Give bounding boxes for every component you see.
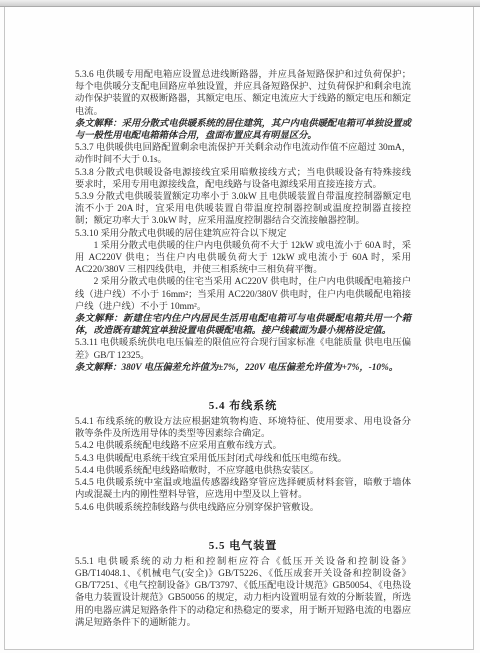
sub-item-paragraph: 2 采用分散式电供暖的住宅当采用 AC220V 供电时，住户内电供暖配电箱接户线…	[75, 276, 411, 313]
body-paragraph: 5.5.1 电供暖系统的动力柜和控制柜应符合《低压开关设备和控制设备》GB/T1…	[75, 556, 411, 629]
body-paragraph: 5.3.8 分散式电供暖设备电源接线宜采用暗敷接线方式；当电供暖设备有特殊接线要…	[75, 167, 411, 191]
body-paragraph: 5.4.5 电供暖系统中室温或地温传感器线路穿管应选择硬质材料套管，暗敷于墙体内…	[75, 477, 411, 501]
body-paragraph: 5.3.11 电供暖系统供电电压偏差的限值应符合现行国家标准《电能质量 供电电压…	[75, 337, 411, 361]
document-content: 5.3.6 电供暖专用配电箱应设置总进线断路器，并应具备短路保护和过负荷保护；每…	[75, 69, 411, 629]
commentary-paragraph: 条文解释：380V 电压偏差允许值为±7%，220V 电压偏差允许值为+7%，-…	[75, 362, 411, 374]
body-paragraph: 5.4.2 电供暖系统配电线路不应采用直敷布线方式。	[75, 440, 411, 452]
body-paragraph: 5.3.7 电供暖供电回路配置剩余电流保护开关剩余动作电流动作值不应超过 30m…	[75, 142, 411, 166]
body-paragraph: 5.3.9 分散式电供暖装置额定功率小于 3.0kW 且电供暖装置自带温度控制器…	[75, 191, 411, 228]
section-heading: 5.4 布线系统	[75, 399, 411, 413]
body-paragraph: 5.4.1 布线系统的敷设方法应根据建筑物构造、环境特征、使用要求、用电设备分散…	[75, 416, 411, 440]
document-viewer: 5.3.6 电供暖专用配电箱应设置总进线断路器，并应具备短路保护和过负荷保护；每…	[0, 0, 480, 653]
body-paragraph: 5.3.10 采用分散式电供暖的居住建筑应符合以下规定	[75, 228, 411, 240]
body-paragraph: 5.4.4 电供暖系统配电线路暗敷时，不应穿越电供热安装区。	[75, 465, 411, 477]
document-page: 5.3.6 电供暖专用配电箱应设置总进线断路器，并应具备短路保护和过负荷保护；每…	[4, 7, 474, 650]
body-paragraph: 5.4.3 电供暖配电系统干线宜采用低压封闭式母线和低压电缆布线。	[75, 453, 411, 465]
body-paragraph: 5.4.6 电供暖系统控制线路与供电线路应分别穿保护管敷设。	[75, 502, 411, 514]
commentary-paragraph: 条文解释：采用分散式电供暖系统的居住建筑，其户内电供暖配电箱可单独设置或与一般性…	[75, 118, 411, 142]
commentary-paragraph: 条文解释：新建住宅内住户内居民生活用电配电箱可与电供暖配电箱共用一个箱体，改造既…	[75, 313, 411, 337]
body-paragraph: 5.3.6 电供暖专用配电箱应设置总进线断路器，并应具备短路保护和过负荷保护；每…	[75, 69, 411, 118]
sub-item-paragraph: 1 采用分散式电供暖的住户内电供暖负荷不大于 12kW 或电流小于 60A 时，…	[75, 240, 411, 277]
section-heading: 5.5 电气装置	[75, 539, 411, 553]
viewer-top-edge	[0, 0, 480, 7]
